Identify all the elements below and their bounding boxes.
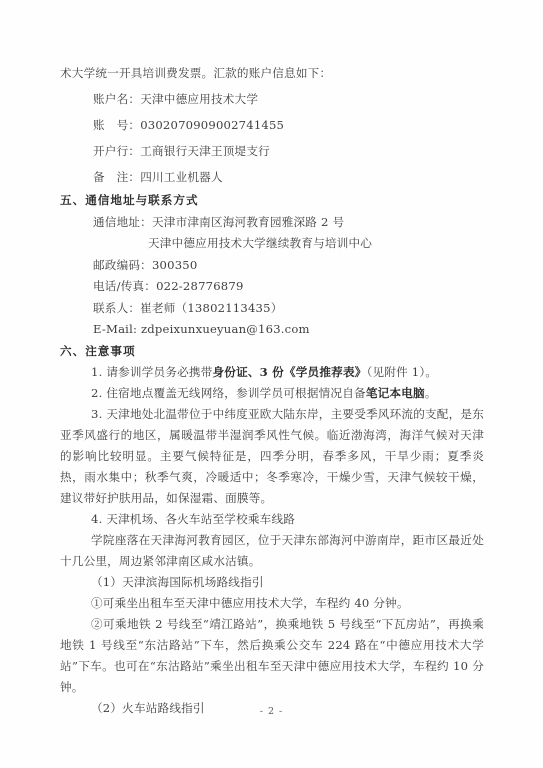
airport-route-step-2: ②可乘地铁 2 号线至“靖江路站”，换乘地铁 5 号线至“下瓦房站”，再换乘地铁… [60,614,484,698]
contact-person-row: 联系人：崔老师（13802113435） [60,298,484,320]
page-content: 术大学统一开具培训费发票。汇款的账户信息如下： 账户名：天津中德应用技术大学 账… [60,60,484,719]
account-number-value: 0302070909002741455 [140,118,284,132]
account-name-value: 天津中德应用技术大学 [140,92,258,106]
note-item-3-climate: 3. 天津地处北温带位于中纬度亚欧大陆东岸，主要受季风环流的支配，是东亚季风盛行… [60,404,484,509]
note-item-1-bold: 身份证、3 份《学员推荐表》 [213,365,367,379]
mailing-address-label: 通信地址： [93,215,152,229]
account-bank-value: 工商银行天津王顶堤支行 [140,144,270,158]
note-item-1-pre: 1. 请参训学员务必携带 [91,365,213,379]
note-item-2-post: 。 [425,386,437,400]
notes-section-heading: 六、注意事项 [60,341,484,362]
note-item-1: 1. 请参训学员务必携带身份证、3 份《学员推荐表》（见附件 1）。 [60,362,484,383]
account-remark-label: 备 注： [93,170,140,184]
campus-location-paragraph: 学院座落在天津海河教育园区，位于天津东部海河中游南岸，距市区最近处十几公里，周边… [60,530,484,572]
notes-section: 六、注意事项 1. 请参训学员务必携带身份证、3 份《学员推荐表》（见附件 1）… [60,341,484,719]
note-item-2-pre: 2. 住宿地点覆盖无线网络，参训学员可根据情况自备 [91,386,366,400]
postal-code-row: 邮政编码：300350 [60,255,484,277]
account-name-label: 账户名： [93,92,140,106]
phone-fax-row: 电话/传真：022-28776879 [60,276,484,298]
account-remark-row: 备 注：四川工业机器人 [60,164,484,190]
email-row: E-Mail: zdpeixunxueyuan@163.com [60,319,484,341]
note-item-2: 2. 住宿地点覆盖无线网络，参训学员可根据情况自备笔记本电脑。 [60,383,484,404]
account-bank-label: 开户行： [93,144,140,158]
airport-route-heading: （1）天津滨海国际机场路线指引 [60,572,484,593]
document-page: 术大学统一开具培训费发票。汇款的账户信息如下： 账户名：天津中德应用技术大学 账… [0,0,543,768]
airport-route-step-1: ①可乘坐出租车至天津中德应用技术大学，车程约 40 分钟。 [60,593,484,614]
account-number-label: 账 号： [93,118,140,132]
note-item-4-heading: 4. 天津机场、各火车站至学校乘车线路 [60,509,484,530]
mailing-address-line1: 天津市津南区海河教育园雅深路 2 号 [152,215,344,229]
note-item-1-post: （见附件 1）。 [367,365,438,379]
account-name-row: 账户名：天津中德应用技术大学 [60,86,484,112]
mailing-address-line2: 天津中德应用技术大学继续教育与培训中心 [60,233,484,255]
account-number-row: 账 号：0302070909002741455 [60,112,484,138]
mailing-address-row: 通信地址：天津市津南区海河教育园雅深路 2 号 [60,212,484,234]
page-number: - 2 - [0,706,543,717]
contact-section: 五、通信地址与联系方式 通信地址：天津市津南区海河教育园雅深路 2 号 天津中德… [60,190,484,341]
remittance-intro-line: 术大学统一开具培训费发票。汇款的账户信息如下： [60,60,484,86]
note-item-2-bold: 笔记本电脑 [366,386,425,400]
remittance-account-block: 术大学统一开具培训费发票。汇款的账户信息如下： 账户名：天津中德应用技术大学 账… [60,60,484,190]
account-remark-value: 四川工业机器人 [140,170,223,184]
account-bank-row: 开户行：工商银行天津王顶堤支行 [60,138,484,164]
contact-section-heading: 五、通信地址与联系方式 [60,190,484,212]
